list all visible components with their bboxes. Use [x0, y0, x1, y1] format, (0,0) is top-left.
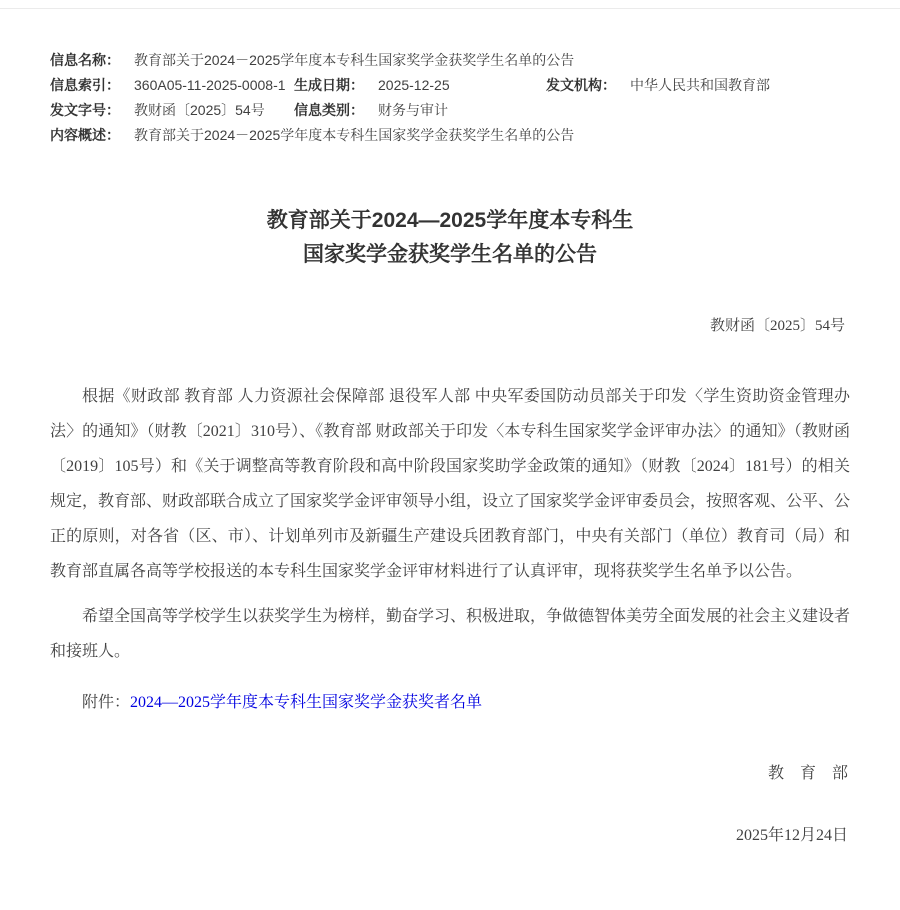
- meta-label-content-summary: 内容概述：: [50, 123, 134, 148]
- document-body: 根据《财政部 教育部 人力资源社会保障部 退役军人部 中央军委国防动员部关于印发…: [0, 379, 900, 669]
- document-number: 教财函〔2025〕54号: [0, 316, 900, 337]
- meta-label-info-category: 信息类别：: [294, 98, 378, 123]
- announcement-page: 信息名称： 教育部关于2024－2025学年度本专科生国家奖学金获奖学生名单的公…: [0, 0, 900, 848]
- meta-row-summary: 内容概述： 教育部关于2024－2025学年度本专科生国家奖学金获奖学生名单的公…: [50, 123, 850, 148]
- page-title: 教育部关于2024—2025学年度本专科生 国家奖学金获奖学生名单的公告: [0, 204, 900, 272]
- meta-value-info-name: 教育部关于2024－2025学年度本专科生国家奖学金获奖学生名单的公告: [134, 48, 574, 73]
- page-title-line2: 国家奖学金获奖学生名单的公告: [0, 238, 900, 272]
- body-paragraph-2: 希望全国高等学校学生以获奖学生为榜样，勤奋学习、积极进取，争做德智体美劳全面发展…: [50, 599, 850, 669]
- meta-label-doc-number: 发文字号：: [50, 98, 134, 123]
- meta-value-info-index: 360A05-11-2025-0008-1: [134, 73, 294, 98]
- issue-date: 2025年12月24日: [0, 824, 900, 848]
- meta-value-content-summary: 教育部关于2024－2025学年度本专科生国家奖学金获奖学生名单的公告: [134, 123, 574, 148]
- attachment-line: 附件：2024—2025学年度本专科生国家奖学金获奖者名单: [0, 685, 900, 720]
- page-title-line1: 教育部关于2024—2025学年度本专科生: [0, 204, 900, 238]
- meta-label-info-name: 信息名称：: [50, 48, 134, 73]
- top-divider: [0, 8, 900, 9]
- body-paragraph-1: 根据《财政部 教育部 人力资源社会保障部 退役军人部 中央军委国防动员部关于印发…: [50, 379, 850, 589]
- meta-label-gen-date: 生成日期：: [294, 73, 378, 98]
- meta-row-index-date-agency: 信息索引： 360A05-11-2025-0008-1 生成日期： 2025-1…: [50, 73, 850, 98]
- meta-row-name: 信息名称： 教育部关于2024－2025学年度本专科生国家奖学金获奖学生名单的公…: [50, 48, 850, 73]
- meta-value-issuing-agency: 中华人民共和国教育部: [630, 73, 770, 98]
- meta-row-docno-category: 发文字号： 教财函〔2025〕54号 信息类别： 财务与审计: [50, 98, 850, 123]
- document-meta: 信息名称： 教育部关于2024－2025学年度本专科生国家奖学金获奖学生名单的公…: [0, 48, 900, 148]
- attachment-link[interactable]: 2024—2025学年度本专科生国家奖学金获奖者名单: [130, 694, 482, 711]
- meta-value-gen-date: 2025-12-25: [378, 73, 546, 98]
- meta-label-info-index: 信息索引：: [50, 73, 134, 98]
- attachment-label: 附件：: [82, 694, 130, 711]
- meta-value-info-category: 财务与审计: [378, 98, 448, 123]
- meta-value-doc-number: 教财函〔2025〕54号: [134, 98, 294, 123]
- issuer-signature: 教 育 部: [0, 762, 900, 786]
- meta-label-issuing-agency: 发文机构：: [546, 73, 630, 98]
